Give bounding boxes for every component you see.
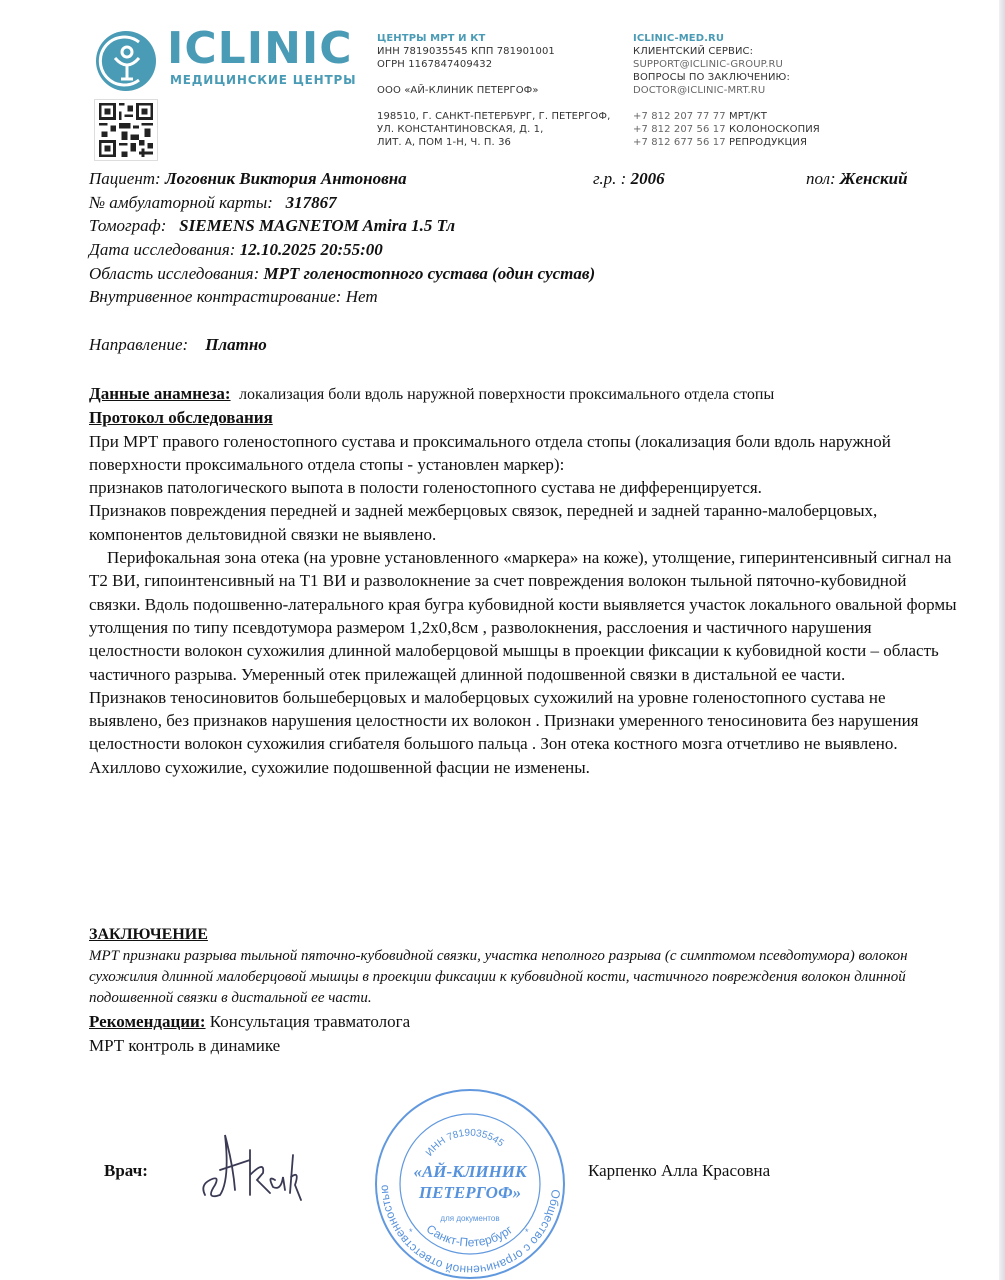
company-title: ЦЕНТРЫ МРТ И КТ (377, 32, 610, 45)
phone-label: КОЛОНОСКОПИЯ (729, 124, 820, 135)
svg-text:*: * (409, 1227, 413, 1237)
study-date: 12.10.2025 20:55:00 (240, 240, 383, 259)
phone-number[interactable]: +7 812 677 56 17 (633, 137, 726, 148)
conclusion-text: МРТ признаки разрыва тыльной пяточно-куб… (89, 946, 959, 1009)
doctor-name: Карпенко Алла Красовна (588, 1160, 770, 1182)
phone-mrt: +7 812 207 77 77 МРТ/КТ (633, 110, 820, 123)
scanner-value: SIEMENS MAGNETOM Amira 1.5 Тл (179, 216, 455, 235)
phone-colonoscopy: +7 812 207 56 17 КОЛОНОСКОПИЯ (633, 123, 820, 136)
stamp-city: Санкт-Петербург (424, 1222, 516, 1250)
signature-icon (195, 1125, 315, 1205)
protocol-title: Протокол обследования (89, 406, 959, 429)
brand-logo-text: ICLINIC (167, 24, 353, 74)
stamp-purpose: для документов (440, 1214, 499, 1223)
phone-number[interactable]: +7 812 207 77 77 (633, 111, 726, 122)
stamp-inn: ИНН 7819035545 (424, 1128, 506, 1159)
questions-label: ВОПРОСЫ ПО ЗАКЛЮЧЕНИЮ: (633, 71, 820, 84)
study-area: МРТ голеностопного сустава (один сустав) (264, 264, 596, 283)
sex-label: пол: (806, 169, 836, 188)
company-ogrn: ОГРН 1167847409432 (377, 58, 610, 71)
company-name: ООО «АЙ-КЛИНИК ПЕТЕРГОФ» (377, 84, 610, 97)
recommendations-row: Рекомендации: Консультация травматолога (89, 1011, 410, 1033)
sex-value: Женский (840, 169, 908, 188)
doctor-label: Врач: (104, 1160, 148, 1182)
card-label: № амбулаторной карты: (89, 193, 273, 212)
date-row: Дата исследования: 12.10.2025 20:55:00 (89, 239, 383, 261)
report-body: Данные анамнеза: локализация боли вдоль … (89, 382, 959, 779)
conclusion-title: ЗАКЛЮЧЕНИЕ (89, 924, 208, 946)
protocol-paragraph: Признаков повреждения передней и задней … (89, 499, 959, 546)
scanner-row: Томограф: SIEMENS MAGNETOM Amira 1.5 Тл (89, 215, 455, 237)
phone-label: МРТ/КТ (729, 111, 767, 122)
area-row: Область исследования: МРТ голеностопного… (89, 263, 595, 285)
doctor-email-link[interactable]: DOCTOR@ICLINIC-MRT.RU (633, 84, 820, 97)
patient-label: Пациент: (89, 169, 161, 188)
patient-name: Логовник Виктория Антоновна (165, 169, 407, 188)
date-label: Дата исследования: (89, 240, 235, 259)
sex-row: пол: Женский (806, 168, 908, 190)
phone-label: РЕПРОДУКЦИЯ (729, 137, 807, 148)
referral-label: Направление: (89, 335, 188, 354)
stamp-name-2: ПЕТЕРГОФ» (418, 1183, 521, 1202)
anamnesis-row: Данные анамнеза: локализация боли вдоль … (89, 382, 959, 406)
anamnesis-text: локализация боли вдоль наружной поверхно… (239, 386, 774, 403)
phone-reproduction: +7 812 677 56 17 РЕПРОДУКЦИЯ (633, 136, 820, 149)
qr-code-icon[interactable] (94, 99, 158, 161)
recommendations-label: Рекомендации: (89, 1012, 206, 1031)
svg-text:ИНН 7819035545: ИНН 7819035545 (424, 1128, 506, 1159)
support-email-link[interactable]: SUPPORT@ICLINIC-GROUP.RU (633, 58, 820, 71)
client-service-label: КЛИЕНТСКИЙ СЕРВИС: (633, 45, 820, 58)
protocol-paragraph: Ахиллово сухожилие, сухожилие подошвенно… (89, 756, 959, 779)
recommendation-item: Консультация травматолога (210, 1012, 410, 1031)
stamp-name-1: «АЙ-КЛИНИК (413, 1162, 528, 1181)
birth-label: г.р. : (593, 169, 626, 188)
recommendation-item: МРТ контроль в динамике (89, 1035, 280, 1057)
brand-subtitle: МЕДИЦИНСКИЕ ЦЕНТРЫ (170, 73, 356, 87)
protocol-paragraph: Признаков теносиновитов большеберцовых и… (89, 686, 959, 756)
company-stamp-icon: Общество с ограниченной ответственностью… (373, 1087, 567, 1280)
contrast-label: Внутривенное контрастирование: (89, 287, 341, 306)
referral-value: Платно (205, 335, 267, 354)
company-address-line: УЛ. КОНСТАНТИНОВСКАЯ, Д. 1, (377, 123, 610, 136)
patient-row: Пациент: Логовник Виктория Антоновна (89, 168, 407, 190)
referral-row: Направление: Платно (89, 334, 267, 356)
card-row: № амбулаторной карты: 317867 (89, 192, 337, 214)
scanner-label: Томограф: (89, 216, 166, 235)
company-address-line: 198510, Г. САНКТ-ПЕТЕРБУРГ, Г. ПЕТЕРГОФ, (377, 110, 610, 123)
area-label: Область исследования: (89, 264, 259, 283)
protocol-paragraph: При МРТ правого голеностопного сустава и… (89, 430, 959, 477)
company-inn-kpp: ИНН 7819035545 КПП 781901001 (377, 45, 610, 58)
iclinic-logo-icon (95, 30, 157, 92)
anamnesis-label: Данные анамнеза: (89, 384, 231, 403)
protocol-paragraph: признаков патологического выпота в полос… (89, 476, 959, 499)
page-edge (999, 0, 1005, 1280)
birth-year: 2006 (631, 169, 665, 188)
protocol-paragraph: Перифокальная зона отека (на уровне уста… (89, 546, 959, 686)
contrast-value: Нет (346, 287, 378, 306)
phone-number[interactable]: +7 812 207 56 17 (633, 124, 726, 135)
contact-info: ICLINIC-MED.RU КЛИЕНТСКИЙ СЕРВИС: SUPPOR… (633, 32, 820, 149)
website-link[interactable]: ICLINIC-MED.RU (633, 32, 820, 45)
card-number: 317867 (286, 193, 337, 212)
svg-text:*: * (525, 1227, 529, 1237)
company-info: ЦЕНТРЫ МРТ И КТ ИНН 7819035545 КПП 78190… (377, 32, 610, 149)
contrast-row: Внутривенное контрастирование: Нет (89, 286, 378, 308)
company-address-line: ЛИТ. А, ПОМ 1-Н, Ч. П. 36 (377, 136, 610, 149)
birth-year-row: г.р. : 2006 (593, 168, 665, 190)
svg-text:Санкт-Петербург: Санкт-Петербург (424, 1222, 516, 1250)
